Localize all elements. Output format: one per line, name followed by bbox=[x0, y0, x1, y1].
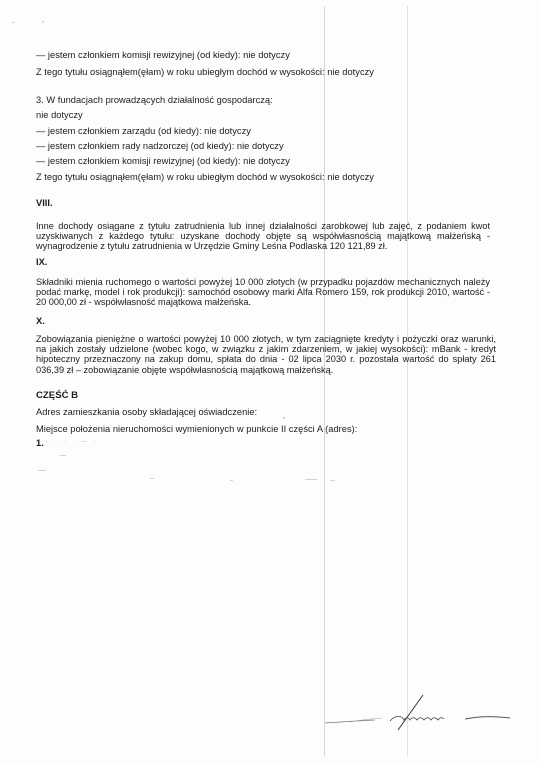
scan-artifact bbox=[150, 478, 154, 479]
scan-artifact bbox=[42, 21, 44, 23]
redacted-address: · · · · ─ · bbox=[46, 437, 98, 446]
scan-artifact bbox=[330, 480, 335, 481]
scan-artifact bbox=[12, 22, 15, 23]
section-ix-heading: IX. bbox=[36, 257, 47, 268]
document-page: — jestem członkiem komisji rewizyjnej (o… bbox=[0, 0, 540, 764]
section-x-text: Zobowiązania pieniężne o wartości powyże… bbox=[36, 334, 496, 375]
scan-fold-line bbox=[407, 6, 408, 756]
scan-artifact bbox=[60, 455, 66, 456]
part-b-heading: CZĘŚĆ B bbox=[36, 390, 78, 401]
foundations-title: 3. W fundacjach prowadzących działalność… bbox=[36, 95, 273, 106]
address-label: Adres zamieszkania osoby składającej ośw… bbox=[36, 407, 257, 418]
foundations-status: nie dotyczy bbox=[36, 110, 83, 121]
scan-artifact bbox=[305, 479, 317, 480]
board-membership-line: — jestem członkiem zarządu (od kiedy): n… bbox=[36, 126, 251, 137]
scan-artifact bbox=[283, 417, 285, 419]
audit-committee-line: — jestem członkiem komisji rewizyjnej (o… bbox=[36, 156, 290, 167]
foundations-income-line: Z tego tytułu osiągnąłem(ęłam) w roku ub… bbox=[36, 172, 374, 183]
scan-artifact bbox=[38, 470, 46, 471]
committee-membership-line: — jestem członkiem komisji rewizyjnej (o… bbox=[36, 50, 290, 61]
income-line: Z tego tytułu osiągnąłem(ęłam) w roku ub… bbox=[36, 67, 374, 78]
section-ix-text: Składniki mienia ruchomego o wartości po… bbox=[36, 277, 490, 308]
supervisory-board-line: — jestem członkiem rady nadzorczej (od k… bbox=[36, 141, 284, 152]
scan-fold-line bbox=[324, 6, 325, 756]
property-item-number: 1. bbox=[36, 438, 44, 449]
section-viii-heading: VIII. bbox=[36, 198, 53, 209]
section-x-heading: X. bbox=[36, 316, 45, 327]
scan-artifact bbox=[230, 480, 233, 481]
handwritten-signature-icon bbox=[320, 685, 525, 745]
section-viii-text: Inne dochody osiągane z tytułu zatrudnie… bbox=[36, 221, 490, 252]
property-location-label: Miejsce położenia nieruchomości wymienio… bbox=[36, 424, 357, 435]
